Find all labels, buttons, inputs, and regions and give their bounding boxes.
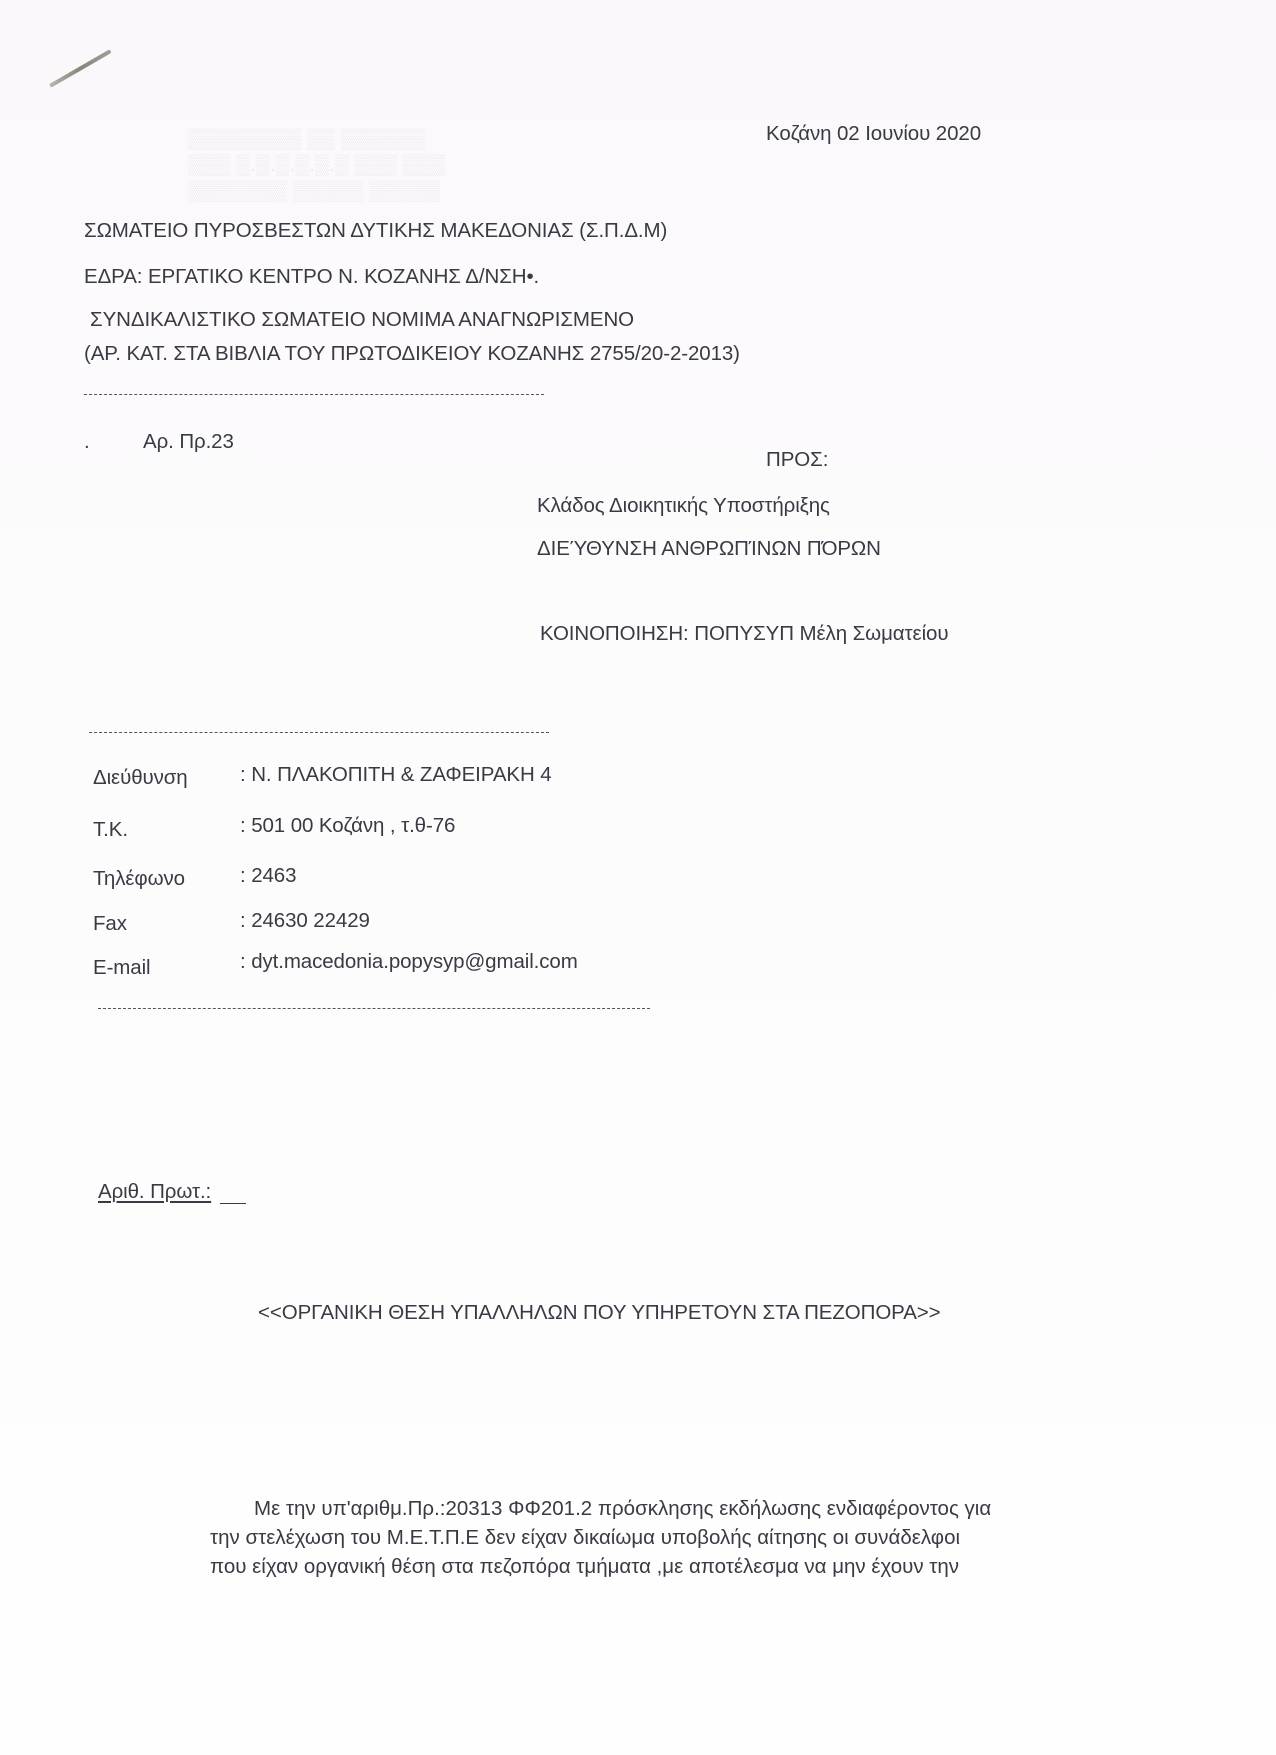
sender-seat: ΕΔΡΑ: ΕΡΓΑΤΙΚΟ ΚΕΝΤΡΟ Ν. ΚΟΖΑΝΗΣ Δ/ΝΣΗ•. xyxy=(84,265,539,289)
email-value: : dyt.macedonia.popysyp@gmail.com xyxy=(240,950,578,974)
recipient-line1: Κλάδος Διοικητικής Υποστήριξης xyxy=(537,494,830,518)
phone-label: Τηλέφωνο xyxy=(93,867,185,891)
body-line: Με την υπ'αριθμ.Πρ.:20313 ΦΦ201.2 πρόσκλ… xyxy=(210,1495,1090,1523)
staple-mark xyxy=(49,49,112,87)
sender-registration: (ΑΡ. ΚΑΤ. ΣΤΑ ΒΙΒΛΙΑ ΤΟΥ ΠΡΩΤΟΔΙΚΕΙΟΥ ΚΟ… xyxy=(84,342,740,366)
body-line: που είχαν οργανική θέση στα πεζοπόρα τμή… xyxy=(210,1553,1090,1581)
ref-prefix: . xyxy=(84,430,90,454)
subject-title: <<ΟΡΓΑΝΙΚΗ ΘΕΣΗ ΥΠΑΛΛΗΛΩΝ ΠΟΥ ΥΠΗΡΕΤΟΥΝ … xyxy=(258,1301,941,1325)
separator-line xyxy=(84,394,544,395)
bleed-through-text: ▒▒▒▒▒▒▒▒ ▒▒ ▒▒▒▒▒▒ xyxy=(188,128,426,151)
body-paragraph: Με την υπ'αριθμ.Πρ.:20313 ΦΦ201.2 πρόσκλ… xyxy=(210,1495,1090,1581)
email-label: E-mail xyxy=(93,956,151,980)
sender-status: ΣΥΝΔΙΚΑΛΙΣΤΙΚΟ ΣΩΜΑΤΕΙΟ ΝΟΜΙΜΑ ΑΝΑΓΝΩΡΙΣ… xyxy=(90,308,634,332)
postcode-value: : 501 00 Κοζάνη , τ.θ-76 xyxy=(240,814,455,838)
fax-label: Fax xyxy=(93,912,127,936)
protocol-number-label: Αριθ. Πρωτ.: xyxy=(98,1180,211,1204)
phone-value: : 2463 xyxy=(240,864,296,888)
bleed-through-text: ▒▒▒▒▒▒▒ ▒▒▒▒▒ ▒▒▒▒▒ xyxy=(188,180,440,203)
sender-name: ΣΩΜΑΤΕΙΟ ΠΥΡΟΣΒΕΣΤΩΝ ΔΥΤΙΚΗΣ ΜΑΚΕΔΟΝΙΑΣ … xyxy=(84,219,667,243)
recipient-to-label: ΠΡΟΣ: xyxy=(766,448,828,472)
separator-line xyxy=(98,1008,650,1009)
separator-line xyxy=(89,732,549,733)
postcode-label: Τ.Κ. xyxy=(93,818,128,842)
scanned-document-page: ▒▒▒▒▒▒▒▒ ▒▒ ▒▒▒▒▒▒ ▒▒▒ ▒.▒.▒.▒.▒.▒ ▒▒▒ ▒… xyxy=(0,0,1276,1755)
cc-line: ΚΟΙΝΟΠΟΙΗΣΗ: ΠΟΠΥΣΥΠ Μέλη Σωματείου xyxy=(540,622,948,646)
body-line: την στελέχωση του Μ.Ε.Τ.Π.Ε δεν είχαν δι… xyxy=(210,1524,1090,1552)
fax-value: : 24630 22429 xyxy=(240,909,370,933)
address-value: : Ν. ΠΛΑΚΟΠΙΤΗ & ΖΑΦΕΙΡΑΚΗ 4 xyxy=(240,763,552,787)
bleed-through-text: ▒▒▒ ▒.▒.▒.▒.▒.▒ ▒▒▒ ▒▒▒ xyxy=(188,154,445,177)
protocol-number-blank xyxy=(220,1203,246,1204)
place-date: Κοζάνη 02 Ιουνίου 2020 xyxy=(766,122,981,146)
ref-number: Αρ. Πρ.23 xyxy=(143,430,234,454)
address-label: Διεύθυνση xyxy=(93,766,188,790)
recipient-line2: ΔΙΕΎΘΥΝΣΗ ΑΝΘΡΩΠΊΝΩΝ ΠΌΡΩΝ xyxy=(537,537,881,561)
